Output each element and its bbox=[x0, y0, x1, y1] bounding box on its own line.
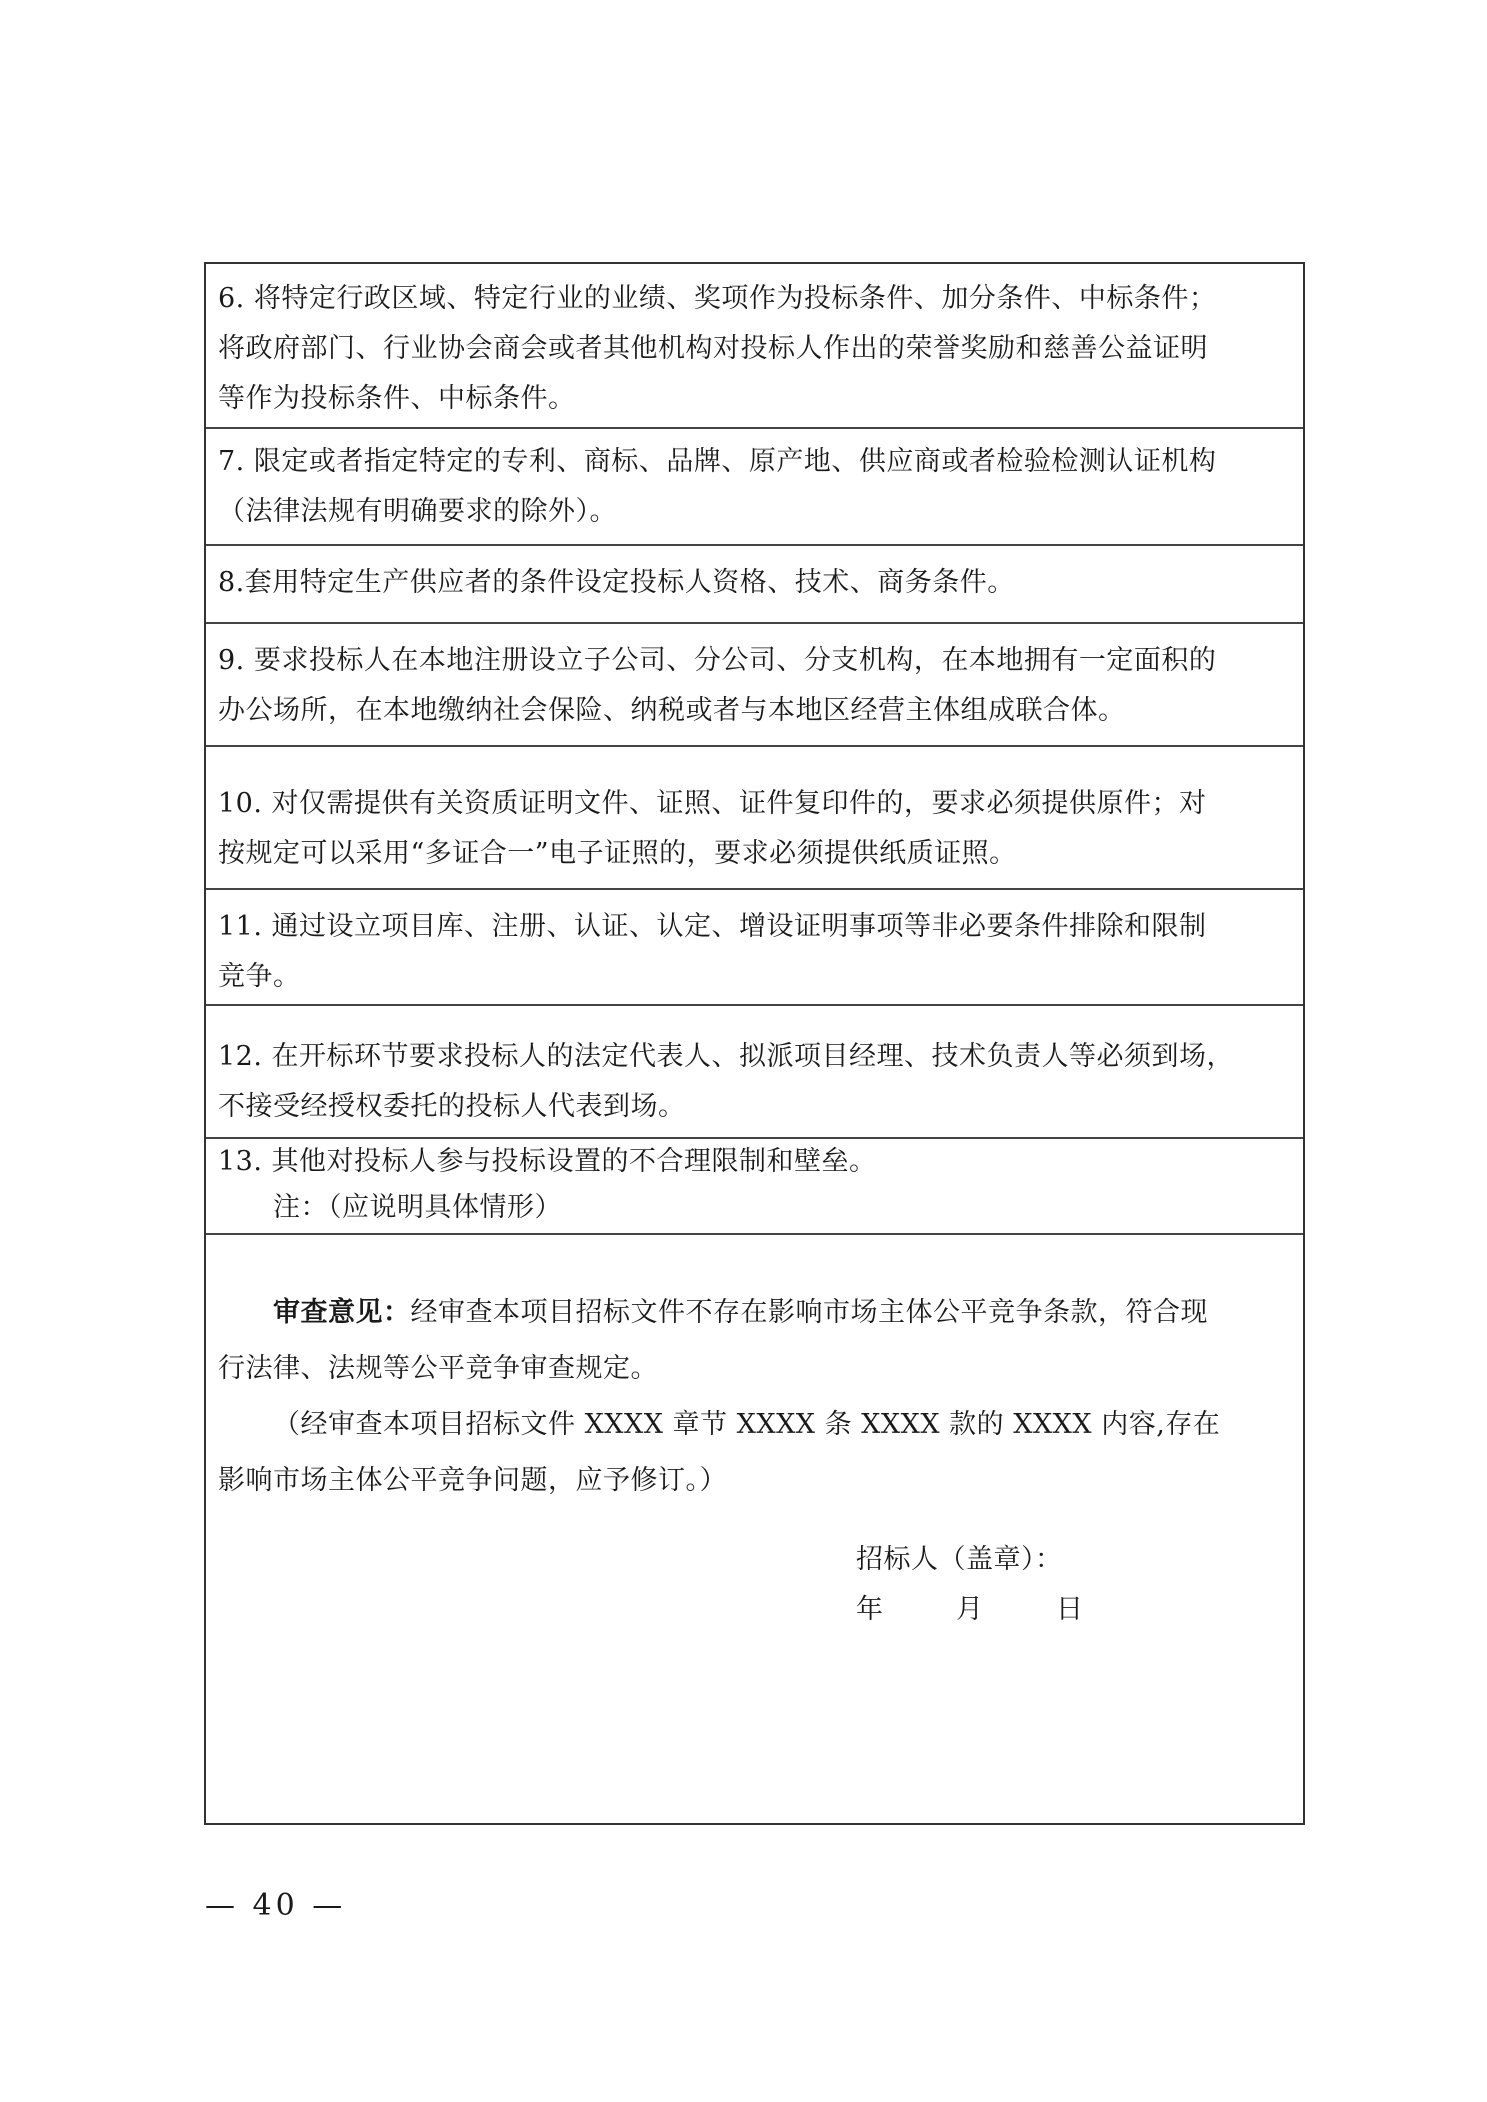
item-13-note: 注：（应说明具体情形） bbox=[218, 1185, 1293, 1231]
item-12-line-1: 12. 在开标环节要求投标人的法定代表人、拟派项目经理、技术负责人等必须到场， bbox=[218, 1032, 1293, 1082]
date-day-label: 日 bbox=[1056, 1585, 1084, 1635]
table-row-item-6: 6. 将特定行政区域、特定行业的业绩、奖项作为投标条件、加分条件、中标条件； 将… bbox=[206, 264, 1303, 429]
document-page: 6. 将特定行政区域、特定行业的业绩、奖项作为投标条件、加分条件、中标条件； 将… bbox=[0, 0, 1487, 2102]
item-9-line-2: 办公场所，在本地缴纳社会保险、纳税或者与本地区经营主体组成联合体。 bbox=[218, 686, 1293, 736]
item-13-line-1: 13. 其他对投标人参与投标设置的不合理限制和壁垒。 bbox=[218, 1139, 1293, 1185]
item-12-line-2: 不接受经授权委托的投标人代表到场。 bbox=[218, 1082, 1293, 1132]
item-6-line-1: 6. 将特定行政区域、特定行业的业绩、奖项作为投标条件、加分条件、中标条件； bbox=[218, 274, 1293, 324]
table-row-item-13: 13. 其他对投标人参与投标设置的不合理限制和壁垒。 注：（应说明具体情形） bbox=[206, 1139, 1303, 1235]
item-6-line-2: 将政府部门、行业协会商会或者其他机构对投标人作出的荣誉奖励和慈善公益证明 bbox=[218, 324, 1293, 374]
review-opinion-line-2: 行法律、法规等公平竞争审查规定。 bbox=[218, 1341, 1293, 1397]
tenderer-seal-label: 招标人（盖章）： bbox=[856, 1535, 1084, 1585]
page-number: — 40 — bbox=[205, 1888, 346, 1923]
table-row-item-12: 12. 在开标环节要求投标人的法定代表人、拟派项目经理、技术负责人等必须到场， … bbox=[206, 1006, 1303, 1139]
review-opinion-line-1: 审查意见：经审查本项目招标文件不存在影响市场主体公平竞争条款，符合现 bbox=[218, 1285, 1293, 1341]
item-10-line-2: 按规定可以采用“多证合一”电子证照的，要求必须提供纸质证照。 bbox=[218, 829, 1293, 879]
review-opinion-text-1: 经审查本项目招标文件不存在影响市场主体公平竞争条款，符合现 bbox=[411, 1297, 1209, 1328]
review-alt-opinion-line-1: （经审查本项目招标文件 XXXX 章节 XXXX 条 XXXX 款的 XXXX … bbox=[218, 1397, 1293, 1453]
item-7-line-2: （法律法规有明确要求的除外）。 bbox=[218, 487, 1293, 537]
table-row-item-10: 10. 对仅需提供有关资质证明文件、证照、证件复印件的，要求必须提供原件；对 按… bbox=[206, 747, 1303, 890]
date-month-label: 月 bbox=[956, 1585, 1056, 1635]
table-row-item-11: 11. 通过设立项目库、注册、认证、认定、增设证明事项等非必要条件排除和限制 竞… bbox=[206, 890, 1303, 1006]
table-row-item-9: 9. 要求投标人在本地注册设立子公司、分公司、分支机构，在本地拥有一定面积的 办… bbox=[206, 624, 1303, 747]
item-10-line-1: 10. 对仅需提供有关资质证明文件、证照、证件复印件的，要求必须提供原件；对 bbox=[218, 779, 1293, 829]
review-opinion-label: 审查意见： bbox=[273, 1297, 411, 1328]
item-8-line-1: 8.套用特定生产供应者的条件设定投标人资格、技术、商务条件。 bbox=[218, 558, 1293, 608]
item-7-line-1: 7. 限定或者指定特定的专利、商标、品牌、原产地、供应商或者检验检测认证机构 bbox=[218, 437, 1293, 487]
item-9-line-1: 9. 要求投标人在本地注册设立子公司、分公司、分支机构，在本地拥有一定面积的 bbox=[218, 636, 1293, 686]
table-row-item-7: 7. 限定或者指定特定的专利、商标、品牌、原产地、供应商或者检验检测认证机构 （… bbox=[206, 429, 1303, 546]
signature-date: 年月日 bbox=[856, 1585, 1084, 1635]
item-6-line-3: 等作为投标条件、中标条件。 bbox=[218, 374, 1293, 424]
table-row-item-8: 8.套用特定生产供应者的条件设定投标人资格、技术、商务条件。 bbox=[206, 546, 1303, 624]
item-11-line-2: 竞争。 bbox=[218, 952, 1293, 1002]
item-11-line-1: 11. 通过设立项目库、注册、认证、认定、增设证明事项等非必要条件排除和限制 bbox=[218, 902, 1293, 952]
review-checklist-table: 6. 将特定行政区域、特定行业的业绩、奖项作为投标条件、加分条件、中标条件； 将… bbox=[204, 262, 1305, 1825]
date-year-label: 年 bbox=[856, 1585, 956, 1635]
signature-block: 招标人（盖章）： 年月日 bbox=[856, 1535, 1084, 1635]
review-opinion-section: 审查意见：经审查本项目招标文件不存在影响市场主体公平竞争条款，符合现 行法律、法… bbox=[206, 1235, 1303, 1823]
review-alt-opinion-line-2: 影响市场主体公平竞争问题，应予修订。） bbox=[218, 1453, 1293, 1509]
